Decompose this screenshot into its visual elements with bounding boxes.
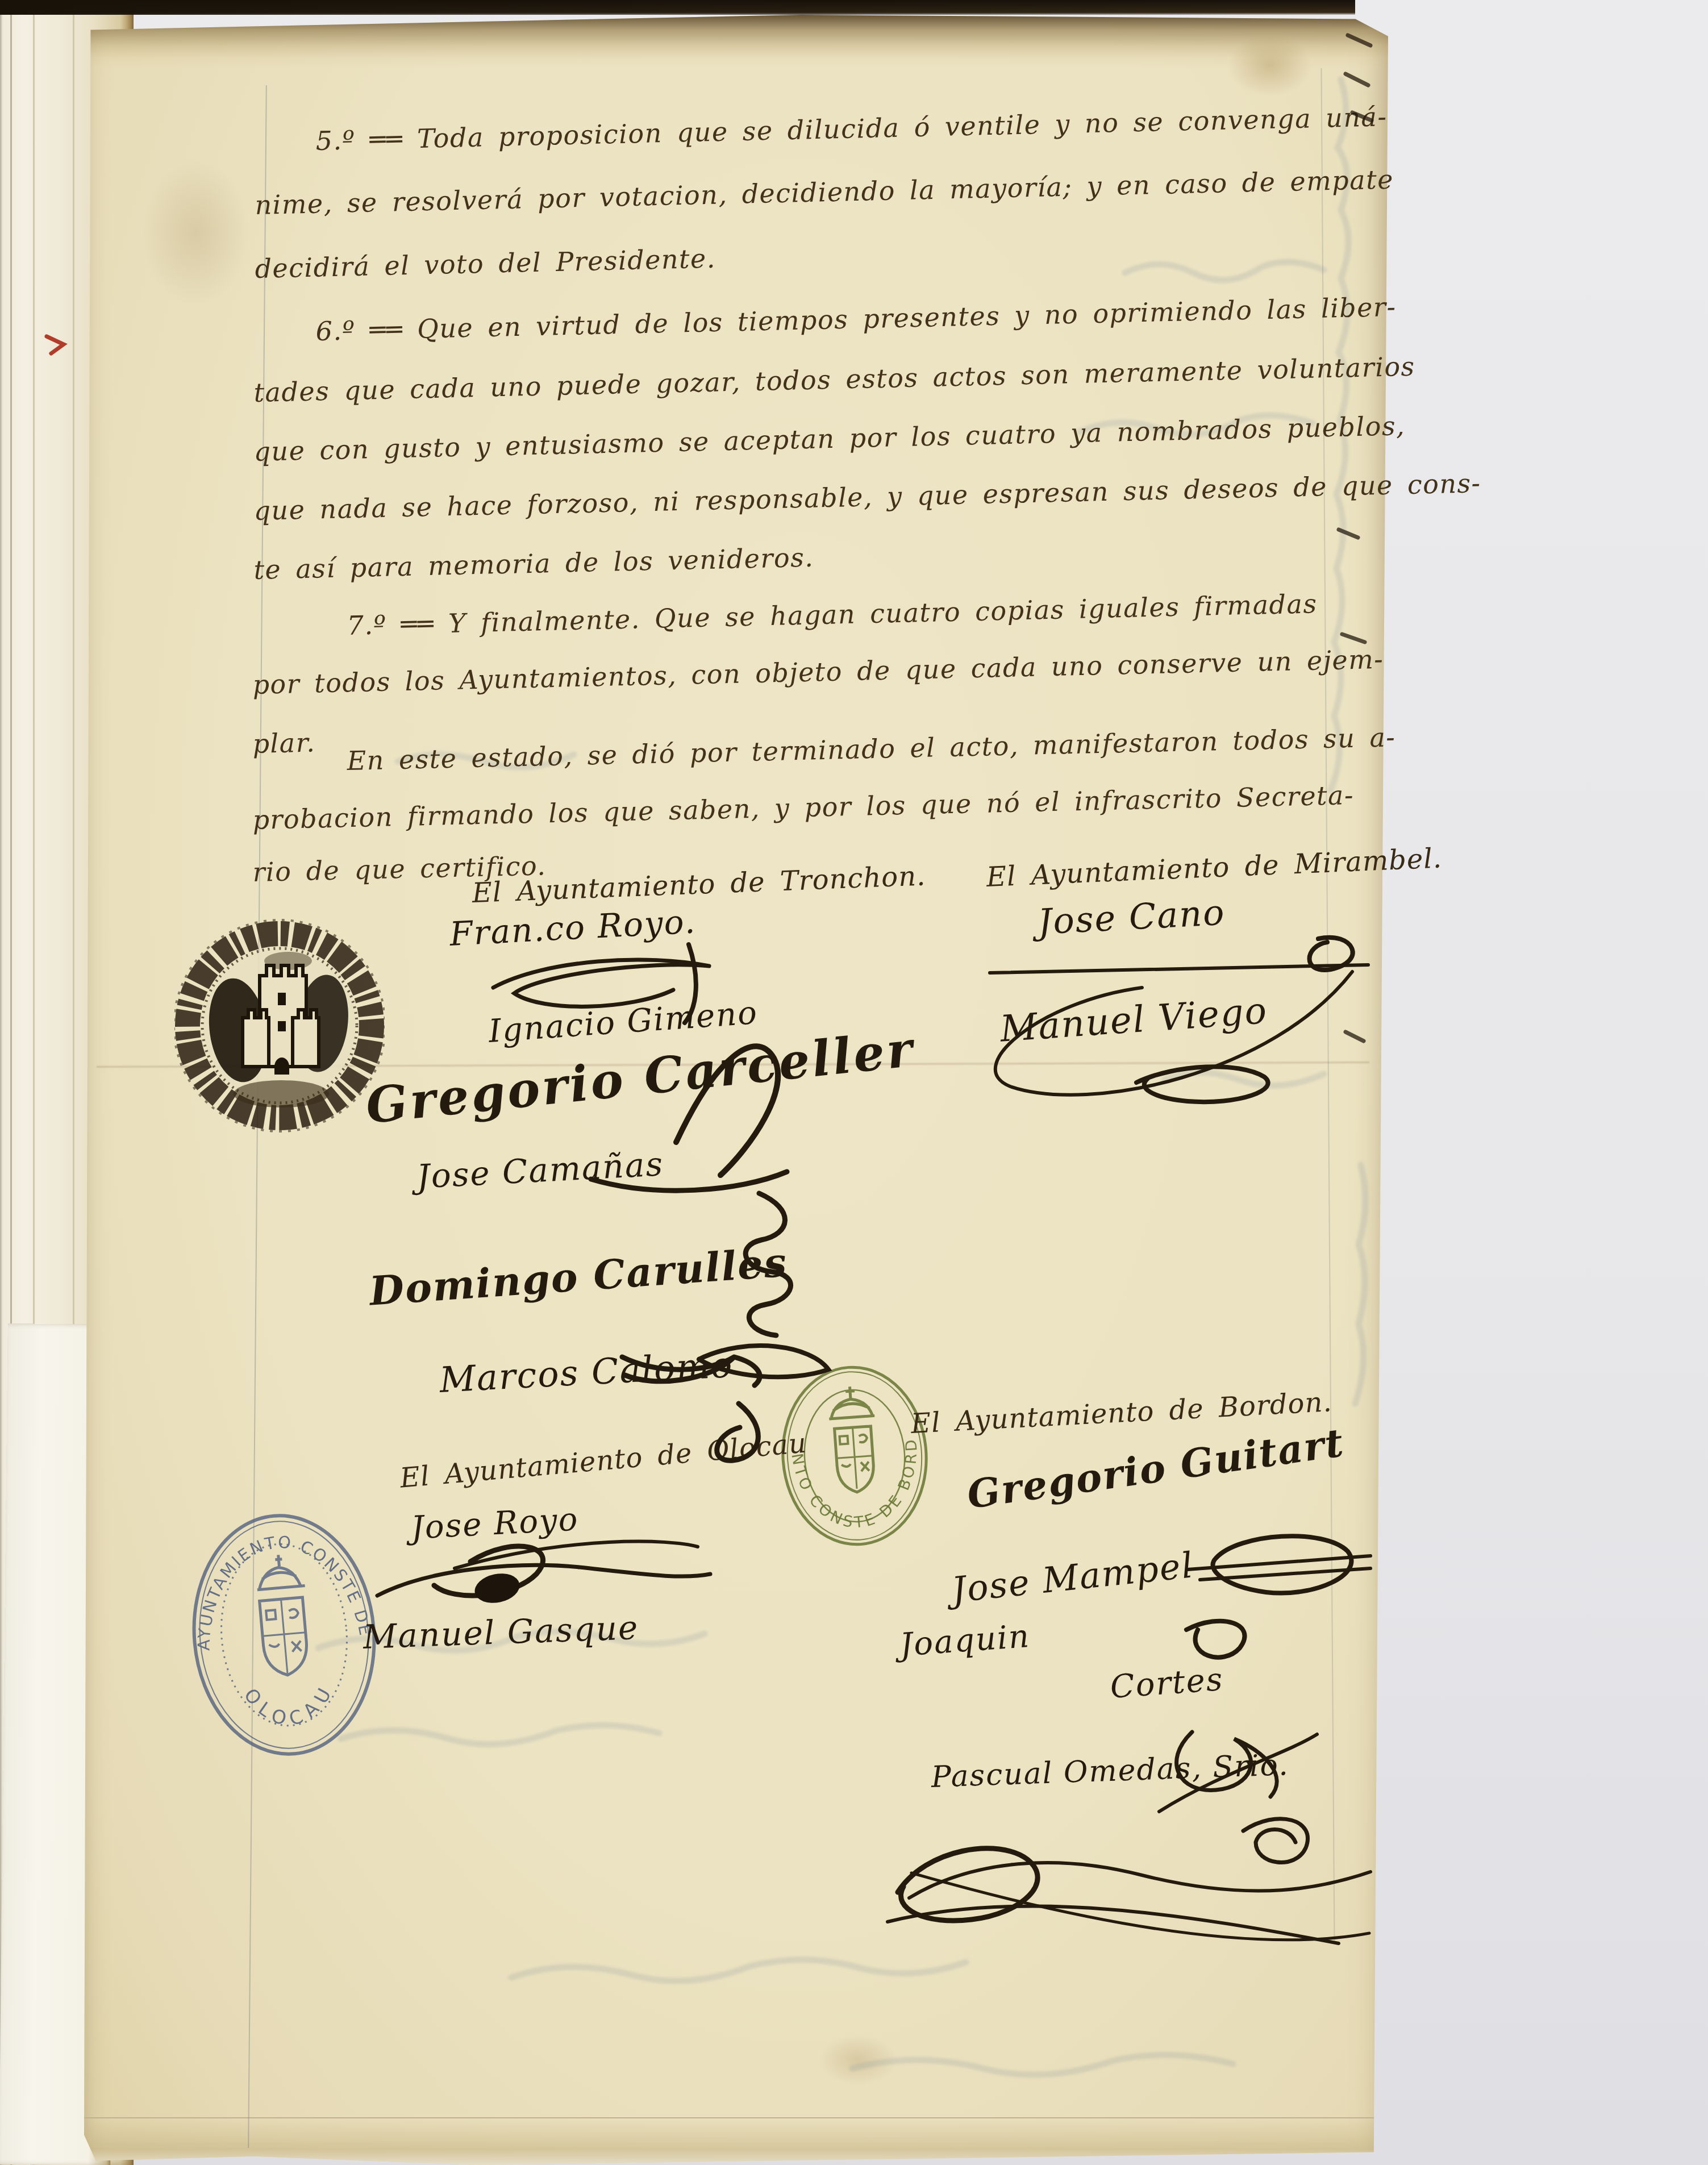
signature-joaquin-cortes-last: Cortes	[1109, 1664, 1224, 1704]
paper-stain	[142, 159, 250, 307]
clause7-line: plar.	[252, 729, 316, 756]
deckled-bottom-edge	[84, 2117, 1388, 2165]
castle-seal-icon	[174, 906, 385, 1145]
olocau-rubber-stamp: AYUNTAMIENTO CONSTE DE OLOCAU	[177, 1499, 391, 1771]
signature-joaquin-cortes-first: Joaquin	[899, 1621, 1031, 1662]
scanned-manuscript-page: 5.º ══ Toda proposicion que se dilucida …	[0, 0, 1708, 2165]
crown-shield-stamp-icon: AYUNTAMIENTO CONSTE DE OLOCAU	[177, 1499, 391, 1771]
svg-text:OLOCAU: OLOCAU	[239, 1677, 342, 1735]
binding-shadow-strip	[0, 0, 1355, 15]
paper-stain	[818, 2034, 898, 2085]
signature-manuel-gasque: Manuel Gasque	[363, 1611, 639, 1654]
tronchon-ink-seal	[174, 906, 385, 1145]
olocau-stamp-legend-bottom: OLOCAU	[239, 1677, 342, 1735]
deckled-top-edge	[84, 15, 1388, 69]
signature-jose-cano: Jose Cano	[1037, 895, 1226, 940]
paper-stain	[1227, 34, 1313, 97]
signature-jose-royo: Jose Royo	[410, 1504, 580, 1544]
